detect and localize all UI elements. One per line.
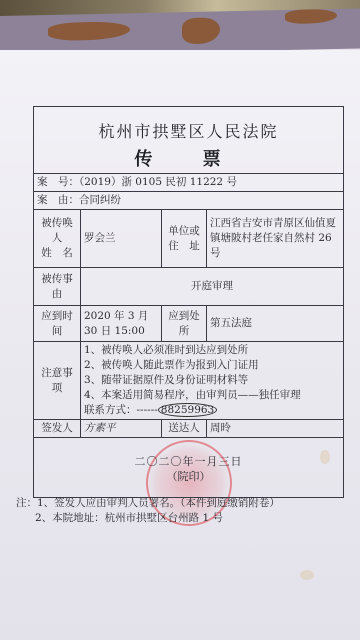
time-place-row: 应到时间 2020 年 3 月 30 日 15:00 应到处所 第五法庭 — [34, 306, 344, 342]
place-label: 应到处所 — [162, 306, 207, 342]
signature-row: 签发人 方素平 送达人 周昤 — [34, 420, 344, 438]
appearance-place: 第五法庭 — [207, 306, 344, 342]
appearance-time: 2020 年 3 月 30 日 15:00 — [81, 306, 162, 342]
note-item: 1、被传唤人必须准时到达应到处所 — [84, 343, 340, 358]
summoned-person-row: 被传唤人 姓 名 罗会兰 单位或 住 址 江西省吉安市青原区仙值夏镇塘陂村老任家… — [34, 210, 344, 268]
summoned-name: 罗会兰 — [81, 210, 162, 268]
notes-label: 注意事项 — [34, 342, 81, 420]
court-name: 杭州市拱墅区人民法院 — [34, 119, 343, 142]
case-cause-row: 案 由：合同纠纷 — [34, 192, 344, 210]
address-label: 单位或 住 址 — [162, 210, 207, 268]
background-board — [0, 8, 360, 56]
footnotes: 注：1、签发人应由审判人员署名。（本件到庭缴销附卷） 2、本院地址：杭州市拱墅区… — [16, 496, 280, 526]
case-number: （2019）浙 0105 民初 11222 号 — [79, 176, 237, 188]
footnote-item: 2、本院地址：杭州市拱墅区台州路 1 号 — [16, 511, 280, 526]
case-number-label: 案 号： — [37, 176, 79, 188]
reason-row: 被传事由 开庭审理 — [34, 268, 344, 306]
case-number-row: 案 号：（2019）浙 0105 民初 11222 号 — [34, 174, 344, 192]
document-title: 传 票 — [34, 145, 343, 171]
reason: 开庭审理 — [81, 268, 344, 306]
contact-label: 联系方式：------ — [84, 404, 158, 416]
footnote-item: 注：1、签发人应由审判人员署名。（本件到庭缴销附卷） — [16, 496, 280, 511]
summons-form: 杭州市拱墅区人民法院 传 票 案 号：（2019）浙 0105 民初 11222… — [33, 106, 344, 498]
address: 江西省吉安市青原区仙值夏镇塘陂村老任家自然村 26 号 — [207, 210, 344, 268]
note-item: 3、随带证据原件及身份证明材料等 — [84, 373, 340, 388]
issuer-label: 签发人 — [34, 420, 81, 438]
summoned-name-label: 被传唤人 姓 名 — [34, 210, 81, 268]
deliverer-name: 周昤 — [207, 420, 344, 438]
case-cause: 合同纠纷 — [79, 194, 121, 206]
notes-row: 注意事项 1、被传唤人必须准时到达应到处所 2、被传唤人随此票作为报到入门证用 … — [34, 342, 344, 420]
case-cause-label: 案 由： — [37, 194, 79, 206]
contact-line: 联系方式：------88259963 — [84, 403, 340, 418]
time-label: 应到时间 — [34, 306, 81, 342]
issuer-signature: 方素平 — [81, 420, 162, 438]
reason-label: 被传事由 — [34, 268, 81, 306]
seal-label: （院印） — [34, 468, 343, 484]
deliverer-label: 送达人 — [162, 420, 207, 438]
notes-list: 1、被传唤人必须准时到达应到处所 2、被传唤人随此票作为报到入门证用 3、随带证… — [81, 342, 344, 420]
contact-number: 88259963 — [158, 403, 217, 417]
note-item: 4、本案适用简易程序，由审判员——独任审理 — [84, 388, 340, 403]
summons-table: 案 号：（2019）浙 0105 民初 11222 号 案 由：合同纠纷 被传唤… — [33, 173, 344, 438]
note-item: 2、被传唤人随此票作为报到入门证用 — [84, 358, 340, 373]
issue-date: 二〇二〇年一月三日 — [34, 453, 343, 469]
